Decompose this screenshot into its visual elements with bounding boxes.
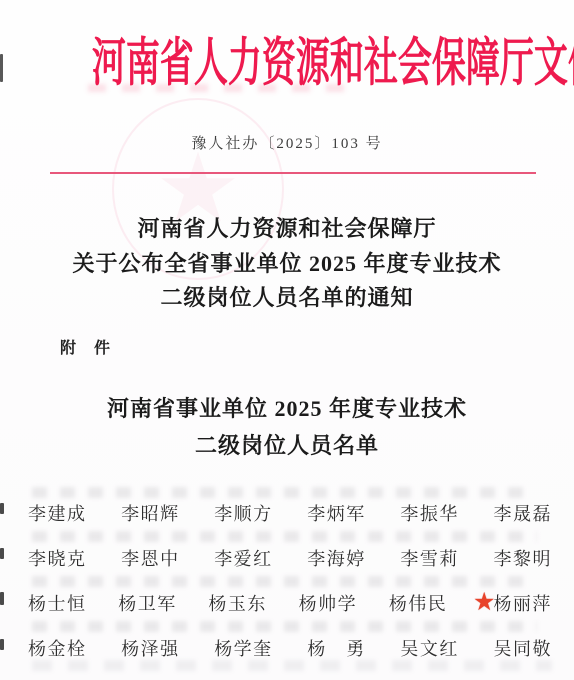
name-row: 杨金栓 杨泽强 杨学奎 杨 勇 吴文红 吴同敬 (28, 635, 552, 680)
scan-artifact (0, 548, 4, 559)
document-number: 豫人社办〔2025〕103 号 (0, 132, 574, 153)
person-name: 吴文红 (400, 635, 459, 661)
person-name: 李炳军 (307, 500, 366, 526)
person-name: 李建成 (28, 500, 87, 526)
person-name: 李昭辉 (121, 500, 180, 526)
person-name: 李雪莉 (400, 545, 459, 571)
person-name: 杨帅学 (299, 590, 358, 616)
scan-artifact (0, 54, 3, 82)
person-name: 杨丽萍 (493, 590, 552, 616)
person-name: 李振华 (400, 500, 459, 526)
person-name: 李黎明 (493, 545, 552, 571)
person-name: 杨伟民 (389, 590, 448, 616)
starred-name: ★杨丽萍 (479, 590, 552, 616)
person-name: 李晓克 (28, 545, 87, 571)
person-name: 吴同敬 (493, 635, 552, 661)
red-divider-line (50, 172, 536, 174)
bleed-through-ghost (32, 487, 532, 498)
person-name: 李顺方 (214, 500, 273, 526)
name-list: 李建成 李昭辉 李顺方 李炳军 李振华 李晟磊 李晓克 李恩中 李爱红 李海婷 … (28, 500, 552, 680)
red-star-icon: ★ (473, 594, 495, 612)
person-name: 杨玉东 (208, 590, 267, 616)
attachment-label: 附 件 (60, 335, 111, 358)
person-name: 李爱红 (214, 545, 273, 571)
name-row: 李晓克 李恩中 李爱红 李海婷 李雪莉 李黎明 (28, 545, 552, 590)
scanned-official-document: 河南省人力资源和社会保障厅文件 豫人社办〔2025〕103 号 河南省人力资源和… (0, 0, 574, 680)
name-row: 杨士恒 杨卫军 杨玉东 杨帅学 杨伟民 ★杨丽萍 (28, 590, 552, 635)
list-title: 河南省事业单位 2025 年度专业技术 二级岗位人员名单 (0, 390, 574, 464)
scan-artifact (0, 639, 4, 650)
name-row: 李建成 李昭辉 李顺方 李炳军 李振华 李晟磊 (28, 500, 552, 545)
person-name: 杨泽强 (121, 635, 180, 661)
person-name: 李海婷 (307, 545, 366, 571)
person-name: 李晟磊 (493, 500, 552, 526)
scan-artifact (0, 592, 4, 605)
person-name: 杨学奎 (214, 635, 273, 661)
person-name: 杨士恒 (28, 590, 87, 616)
person-name: 杨卫军 (118, 590, 177, 616)
notice-title-line-1: 河南省人力资源和社会保障厅 (0, 212, 574, 247)
notice-title-line-2: 关于公布全省事业单位 2025 年度专业技术 (0, 247, 574, 282)
notice-title-line-3: 二级岗位人员名单的通知 (0, 281, 574, 316)
list-title-line-2: 二级岗位人员名单 (0, 427, 574, 464)
person-name: 李恩中 (121, 545, 180, 571)
ink-bleed-smudge (88, 84, 348, 92)
list-title-line-1: 河南省事业单位 2025 年度专业技术 (0, 390, 574, 427)
person-name: 杨金栓 (28, 635, 87, 661)
notice-title: 河南省人力资源和社会保障厅 关于公布全省事业单位 2025 年度专业技术 二级岗… (0, 212, 574, 316)
person-name: 杨 勇 (307, 635, 366, 661)
scan-artifact (0, 503, 4, 514)
